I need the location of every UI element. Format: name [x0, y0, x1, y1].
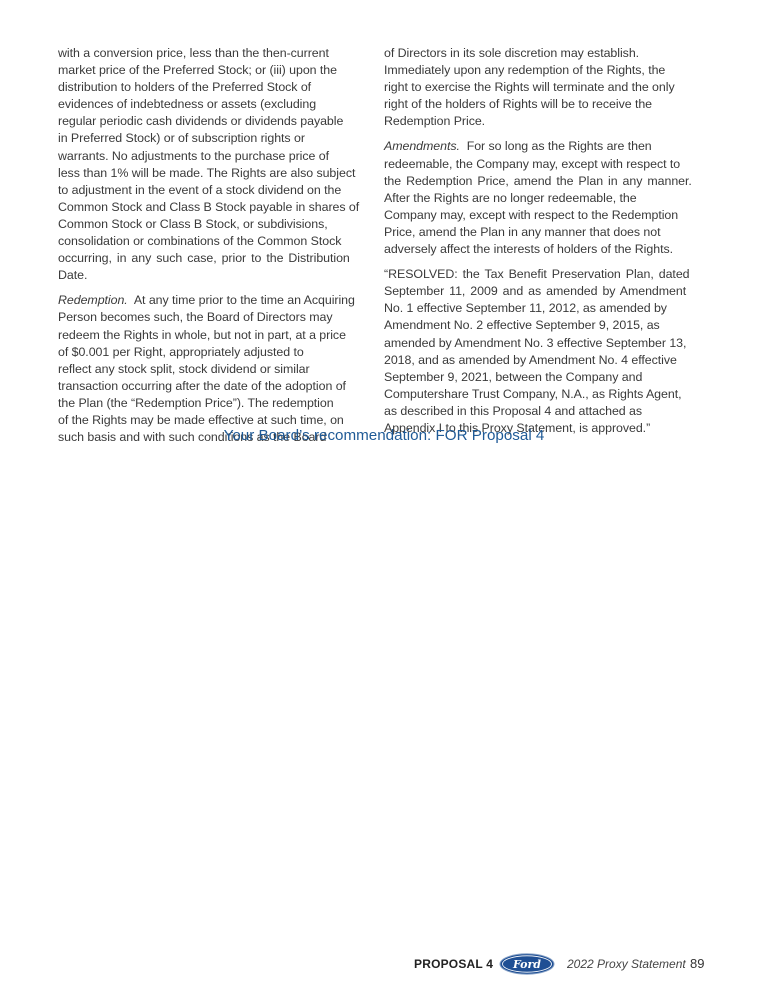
text-line: evidences of indebtedness or assets (exc… [58, 96, 370, 113]
paragraph-adjustments: with a conversion price, less than the t… [58, 45, 370, 284]
text-line: warrants. No adjustments to the purchase… [58, 148, 370, 165]
text-line: of $0.001 per Right, appropriately adjus… [58, 344, 370, 361]
board-recommendation: Your Board’s recommendation: FOR Proposa… [0, 427, 768, 444]
text-line: as described in this Proposal 4 and atta… [384, 403, 714, 420]
text-line: redeemable, the Company may, except with… [384, 156, 714, 173]
text-line: After the Rights are no longer redeemabl… [384, 190, 714, 207]
text-line: reflect any stock split, stock dividend … [58, 361, 370, 378]
text-line: right of the holders of Rights will be t… [384, 96, 714, 113]
text-line: Redemption Price. [384, 113, 714, 130]
footer-publication: 2022 Proxy Statement [567, 957, 686, 971]
text-line: redeem the Rights in whole, but not in p… [58, 327, 370, 344]
section-lead-amendments: Amendments. [384, 139, 460, 153]
text-line: Date. [58, 267, 370, 284]
logo-text: Ford [512, 958, 541, 971]
text-run: At any time prior to the time an Acquiri… [128, 293, 355, 307]
paragraph-redemption-continued: of Directors in its sole discretion may … [384, 45, 714, 130]
footer-section-label: PROPOSAL 4 [414, 957, 493, 971]
text-line: Common Stock or Class B Stock, or subdiv… [58, 216, 370, 233]
text-line: transaction occurring after the date of … [58, 378, 370, 395]
text-line: Computershare Trust Company, N.A., as Ri… [384, 386, 714, 403]
text-line: Immediately upon any redemption of the R… [384, 62, 714, 79]
text-line: No. 1 effective September 11, 2012, as a… [384, 300, 714, 317]
text-line: to adjustment in the event of a stock di… [58, 182, 370, 199]
text-line: the Redemption Price, amend the Plan in … [384, 173, 714, 190]
text-line: regular periodic cash dividends or divid… [58, 113, 370, 130]
text-line: “RESOLVED: the Tax Benefit Preservation … [384, 266, 714, 283]
ford-logo-icon: Ford [499, 953, 555, 975]
text-line: Common Stock and Class B Stock payable i… [58, 199, 370, 216]
text-line: right to exercise the Rights will termin… [384, 79, 714, 96]
paragraph-resolution: “RESOLVED: the Tax Benefit Preservation … [384, 266, 714, 437]
paragraph-redemption: Redemption. At any time prior to the tim… [58, 292, 370, 446]
page-footer: PROPOSAL 4 Ford 2022 Proxy Statement 89 [0, 953, 768, 977]
text-line: the Plan (the “Redemption Price”). The r… [58, 395, 370, 412]
right-column: of Directors in its sole discretion may … [384, 45, 714, 445]
text-line: consolidation or combinations of the Com… [58, 233, 370, 250]
text-line: adversely affect the interests of holder… [384, 241, 714, 258]
paragraph-amendments: Amendments. For so long as the Rights ar… [384, 138, 714, 258]
text-line: Person becomes such, the Board of Direct… [58, 309, 370, 326]
text-line: occurring, in any such case, prior to th… [58, 250, 370, 267]
text-line: September 9, 2021, between the Company a… [384, 369, 714, 386]
page-number: 89 [690, 956, 704, 971]
text-line: Redemption. At any time prior to the tim… [58, 292, 370, 309]
text-line: Company may, except with respect to the … [384, 207, 714, 224]
text-run: For so long as the Rights are then [460, 139, 652, 153]
text-line: less than 1% will be made. The Rights ar… [58, 165, 370, 182]
left-column: with a conversion price, less than the t… [58, 45, 370, 454]
text-line: in Preferred Stock) or of subscription r… [58, 130, 370, 147]
text-line: September 11, 2009 and as amended by Ame… [384, 283, 714, 300]
text-line: Amendments. For so long as the Rights ar… [384, 138, 714, 155]
text-line: of Directors in its sole discretion may … [384, 45, 714, 62]
text-line: market price of the Preferred Stock; or … [58, 62, 370, 79]
text-line: distribution to holders of the Preferred… [58, 79, 370, 96]
section-lead-redemption: Redemption. [58, 293, 128, 307]
text-line: 2018, and as amended by Amendment No. 4 … [384, 352, 714, 369]
text-line: Price, amend the Plan in any manner that… [384, 224, 714, 241]
text-line: with a conversion price, less than the t… [58, 45, 370, 62]
text-line: amended by Amendment No. 3 effective Sep… [384, 335, 714, 352]
text-line: Amendment No. 2 effective September 9, 2… [384, 317, 714, 334]
